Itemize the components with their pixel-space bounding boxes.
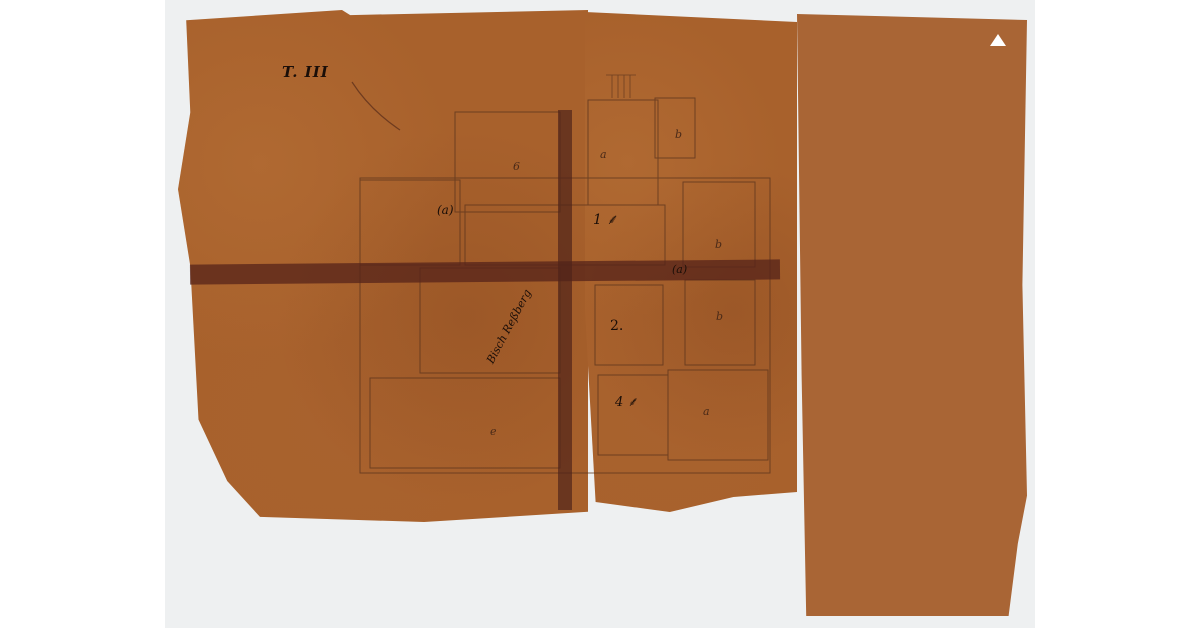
room-label-2: 2.: [610, 318, 623, 334]
plan-sheet-right: [797, 14, 1027, 616]
tape-mark-label: (a): [672, 263, 687, 276]
paper-tear-notch: [990, 34, 1006, 46]
tape-strip-vertical: [558, 110, 572, 510]
room-label: b: [675, 128, 682, 141]
room-label: a: [600, 148, 607, 161]
room-label-1: 1 ⸙: [593, 210, 617, 229]
plan-title-label: T. III: [282, 63, 329, 81]
room-label: b: [716, 310, 723, 323]
room-label: (a): [437, 203, 454, 217]
room-label-4: 4 ⸙: [615, 392, 637, 410]
room-label: b: [715, 238, 722, 251]
room-label: e: [490, 425, 497, 438]
room-label: a: [703, 405, 710, 418]
room-label: 6: [513, 160, 520, 173]
